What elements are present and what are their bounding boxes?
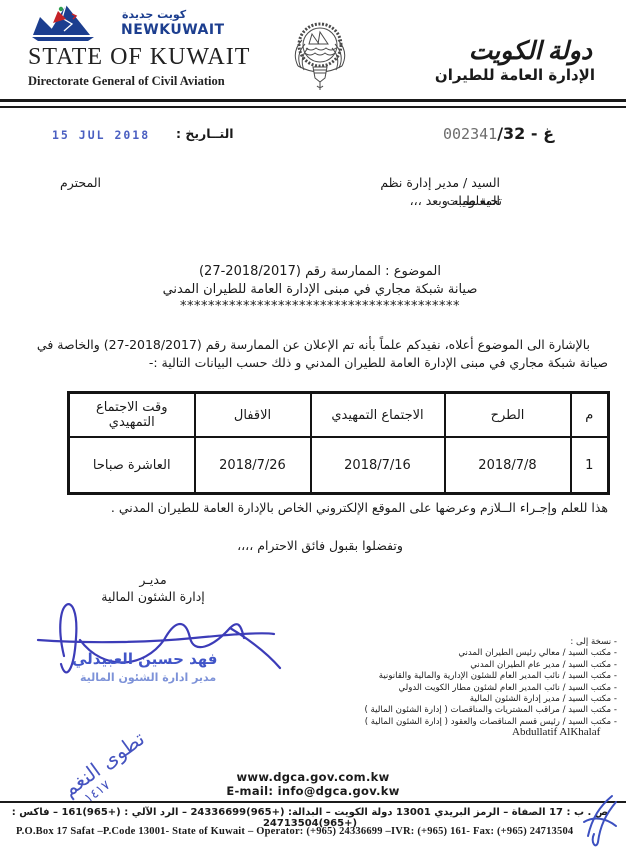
practice-schedule-table: م الطرح الاجتماع التمهيدي الاقفال وقت ال… (67, 391, 610, 495)
logo-english-text: NEWKUWAIT (121, 22, 225, 38)
date-label: التــاريخ : (176, 126, 234, 141)
logo-arabic-text: كويت جديدة (122, 8, 186, 21)
footer-email: E-mail: info@dgca.gov.kw (178, 784, 448, 798)
col-header-meeting: الاجتماع التمهيدي (311, 393, 445, 438)
greeting-line: تحية طيبه وبعد ،،، (412, 192, 502, 210)
stamp-signatory-title: مدير ادارة الشئون المالية (80, 671, 216, 684)
addressee-honorific: المحترم (60, 174, 101, 192)
cc-label: - نسخة إلى : (317, 637, 617, 648)
cc-item-2: - مكتب السيد / مدير عام الطيران المدني (317, 660, 617, 671)
letter-page: كويت جديدة NEWKUWAIT STATE OF KUWAIT Dir… (0, 0, 626, 851)
cc-list: - نسخة إلى : - مكتب السيد / معالي رئيس ا… (317, 637, 617, 728)
cell-meeting-time: العاشرة صباحا (69, 437, 195, 494)
col-header-launch: الطرح (445, 393, 571, 438)
footer-divider (0, 801, 626, 803)
subject-line-2: صيانة شبكة مجاري في مبنى الإدارة العامة … (115, 282, 525, 297)
cell-meeting-date: 2018/7/16 (311, 437, 445, 494)
header-divider (0, 99, 626, 108)
date-stamp: 15 JUL 2018 (52, 128, 150, 142)
cc-item-3: - مكتب السيد / نائب المدير العام للشئون … (317, 671, 617, 682)
body-paragraph: بالإشارة الى الموضوع أعلاه، نفيدكم علماً… (30, 336, 608, 372)
footer-website: www.dgca.gov.com.kw (178, 770, 448, 784)
directorate-english: Directorate General of Civil Aviation (28, 74, 225, 89)
col-header-serial: م (571, 393, 609, 438)
col-header-closing: الاقفال (195, 393, 311, 438)
subject-separator: **************************************** (115, 299, 525, 314)
prepared-by-name: Abdullatif AlKhalaf (512, 726, 600, 738)
cc-item-1: - مكتب السيد / معالي رئيس الطيران المدني (317, 648, 617, 659)
stamp-signatory-name: فهد حسين العبيدلي (72, 650, 218, 668)
footer-contact-english: P.O.Box 17 Safat –P.Code 13001- State of… (16, 826, 576, 837)
newkuwait-sails-logo-icon (28, 4, 120, 42)
table-header-row: م الطرح الاجتماع التمهيدي الاقفال وقت ال… (69, 393, 609, 438)
directorate-arabic: الإدارة العامة للطيران (435, 66, 595, 84)
pen-scribble-icon (582, 792, 624, 848)
cell-launch-date: 2018/7/8 (445, 437, 571, 494)
cc-item-5: - مكتب السيد / مدير إدارة الشئون المالية (317, 694, 617, 705)
reference-number-line: 002341/32 - غ (443, 124, 554, 143)
cell-serial: 1 (571, 437, 609, 494)
cc-item-6: - مكتب السيد / مراقب المشتريات والمناقصا… (317, 705, 617, 716)
col-header-meeting-time: وقت الاجتماع التمهيدي (69, 393, 195, 438)
reference-code: /32 - غ (497, 124, 554, 143)
closing-regards: وتفضلوا بقبول فائق الاحترام ،،،، (175, 537, 465, 555)
state-of-kuwait-title: STATE OF KUWAIT (28, 44, 250, 71)
reference-stamped-number: 002341 (443, 125, 497, 143)
cell-closing-date: 2018/7/26 (195, 437, 311, 494)
subject-line-1: الموضوع : الممارسة رقم (2018/2017-27) (115, 264, 525, 279)
table-row: 1 2018/7/8 2018/7/16 2018/7/26 العاشرة ص… (69, 437, 609, 494)
kuwait-coat-of-arms-icon (292, 20, 348, 92)
closing-note: هذا للعلم وإجـراء الــلازم وعرضها على ال… (30, 499, 608, 517)
state-of-kuwait-arabic: دولة الكويت (469, 36, 592, 66)
cc-item-4: - مكتب السيد / نائب المدير العام لشئون م… (317, 683, 617, 694)
